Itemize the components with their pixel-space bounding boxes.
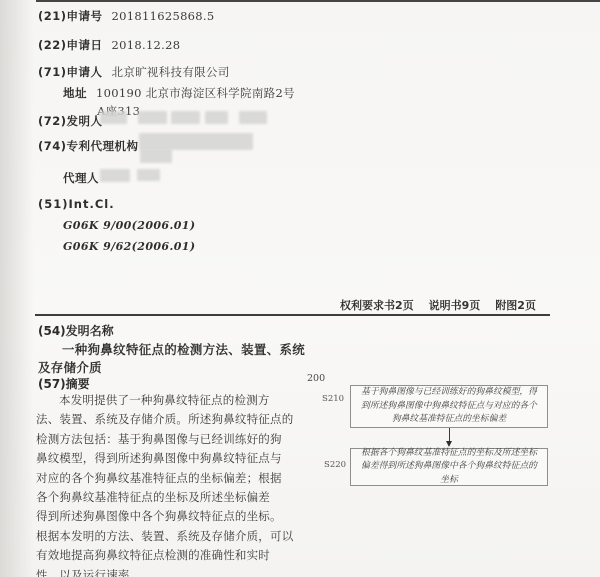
abstract-text: 本发明提供了一种狗鼻纹特征点的检测方 法、装置、系统及存储介质。所述狗鼻纹特征点… <box>36 391 294 577</box>
field-label: (22)申请日 <box>38 37 103 53</box>
field-applicant: (71)申请人 北京旷视科技有限公司 <box>38 64 230 80</box>
abstract-line: 本发明提供了一种狗鼻纹特征点的检测方 <box>36 391 294 410</box>
redacted-inventor-name <box>100 111 127 124</box>
field-inventors-label: (72)发明人 <box>38 113 103 129</box>
abstract-line: 鼻纹模型，得到所述狗鼻图像中狗鼻纹特征点与 <box>36 449 294 468</box>
field-agent-label: 代理人 <box>63 170 99 186</box>
field-intcl-label: (51)Int.Cl. <box>38 197 115 211</box>
field-address: 地址 100190 北京市海淀区科学院南路2号 <box>63 85 295 101</box>
field-label: 地址 <box>63 85 87 101</box>
field-agency-label: (74)专利代理机构 <box>38 138 139 154</box>
description-pages: 说明书9页 <box>429 297 481 313</box>
abstract-line: 法、装置、系统及存储介质。所述狗鼻纹特征点的 <box>36 410 294 429</box>
abstract-label: (57)摘要 <box>38 375 90 392</box>
field-application-number: (21)申请号 201811625868.5 <box>38 8 215 24</box>
redacted-inventor-name <box>239 111 267 124</box>
intcl-entry: G06K 9/00(2006.01) <box>63 219 195 232</box>
section-rule <box>35 314 550 316</box>
redacted-agency-name <box>139 133 253 150</box>
field-value: 201811625868.5 <box>112 9 215 23</box>
flow-step-box-s220: 根据各个狗鼻纹基准特征点的坐标及所述坐标偏差得到所述狗鼻图像中各个狗鼻纹特征点的… <box>350 448 548 486</box>
flow-connector-line <box>449 428 450 442</box>
flow-step-box-s210: 基于狗鼻图像与已经训练好的狗鼻纹模型，得到所述狗鼻图像中狗鼻纹特征点与对应的各个… <box>350 385 548 428</box>
step-id-s210: S210 <box>322 394 344 404</box>
field-label: (21)申请号 <box>38 8 103 24</box>
invention-title-line2: 及存储介质 <box>38 358 102 376</box>
abstract-line: 检测方法包括：基于狗鼻图像与已经训练好的狗 <box>36 430 294 449</box>
redacted-inventor-name <box>171 111 200 124</box>
redacted-agency-name <box>140 149 172 163</box>
field-label: (71)申请人 <box>38 64 103 80</box>
abstract-line: 得到所述狗鼻图像中各个狗鼻纹特征点的坐标。 <box>36 507 294 526</box>
redacted-agent-name <box>137 169 160 181</box>
figure-number: 200 <box>307 373 325 384</box>
redacted-inventor-name <box>205 111 228 124</box>
intcl-entry: G06K 9/62(2006.01) <box>63 240 195 253</box>
field-value: 北京旷视科技有限公司 <box>112 64 230 80</box>
abstract-line: 根据本发明的方法、装置、系统及存储介质，可以 <box>36 527 294 546</box>
page-counts: 权利要求书2页 说明书9页 附图2页 <box>340 297 536 313</box>
invention-title-line1: 一种狗鼻纹特征点的检测方法、装置、系统 <box>62 340 305 358</box>
patent-front-page: (21)申请号 201811625868.5 (22)申请日 2018.12.2… <box>0 0 600 577</box>
redacted-inventor-name <box>138 111 167 124</box>
abstract-line: 对应的各个狗鼻纹基准特征点的坐标偏差；根据 <box>36 469 294 488</box>
drawings-pages: 附图2页 <box>495 297 536 313</box>
abstract-line: 性，以及运行速率。 <box>36 566 294 577</box>
field-application-date: (22)申请日 2018.12.28 <box>38 37 180 53</box>
redacted-agent-name <box>100 169 130 182</box>
field-value: 100190 北京市海淀区科学院南路2号 <box>96 85 295 101</box>
abstract-line: 各个狗鼻纹基准特征点的坐标及所述坐标偏差 <box>36 488 294 507</box>
field-value: 2018.12.28 <box>112 38 181 52</box>
abstract-line: 有效地提高狗鼻纹特征点检测的准确性和实时 <box>36 546 294 565</box>
claims-pages: 权利要求书2页 <box>340 297 414 313</box>
step-id-s220: S220 <box>324 460 346 470</box>
top-rule <box>36 0 600 2</box>
invention-title-label: (54)发明名称 <box>38 322 114 339</box>
